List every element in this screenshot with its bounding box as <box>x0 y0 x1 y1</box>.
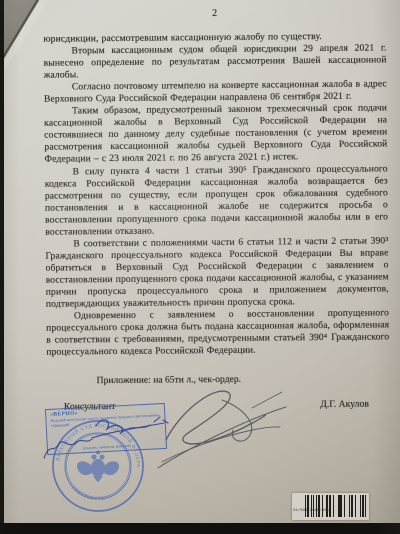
document-body: юрисдикции, рассмотревшим кассационную ж… <box>43 30 389 359</box>
paragraph: Таким образом, предусмотренный законом т… <box>44 103 388 167</box>
paragraph: В силу пункта 4 части 1 статьи 390⁵ Граж… <box>45 163 389 239</box>
paragraph: Согласно почтовому штемпелю на конверте … <box>44 79 387 106</box>
barcode-sticker: 21/036/2020/001 <box>292 493 369 520</box>
document-photo: 2 юрисдикции, рассмотревшим кассационную… <box>0 0 400 534</box>
document-page: 2 юрисдикции, рассмотревшим кассационную… <box>43 6 390 413</box>
paragraph: Одновременно с заявлением о восстановлен… <box>46 307 389 358</box>
barcode-number: 21/036/2020/001 <box>293 509 329 513</box>
photo-left-edge <box>0 0 4 534</box>
seal-number: 1027706473 <box>70 486 105 502</box>
paragraph: В соответствии с положениями части 6 ста… <box>45 235 389 311</box>
page-number: 2 <box>43 6 386 20</box>
consultant-signature <box>152 378 294 476</box>
barcode-icon <box>305 495 366 517</box>
photo-bottom-edge <box>0 523 400 534</box>
signer-name: Д.Г. Акулов <box>320 399 390 411</box>
paragraph: Вторым кассационным судом общей юрисдикц… <box>43 42 386 81</box>
